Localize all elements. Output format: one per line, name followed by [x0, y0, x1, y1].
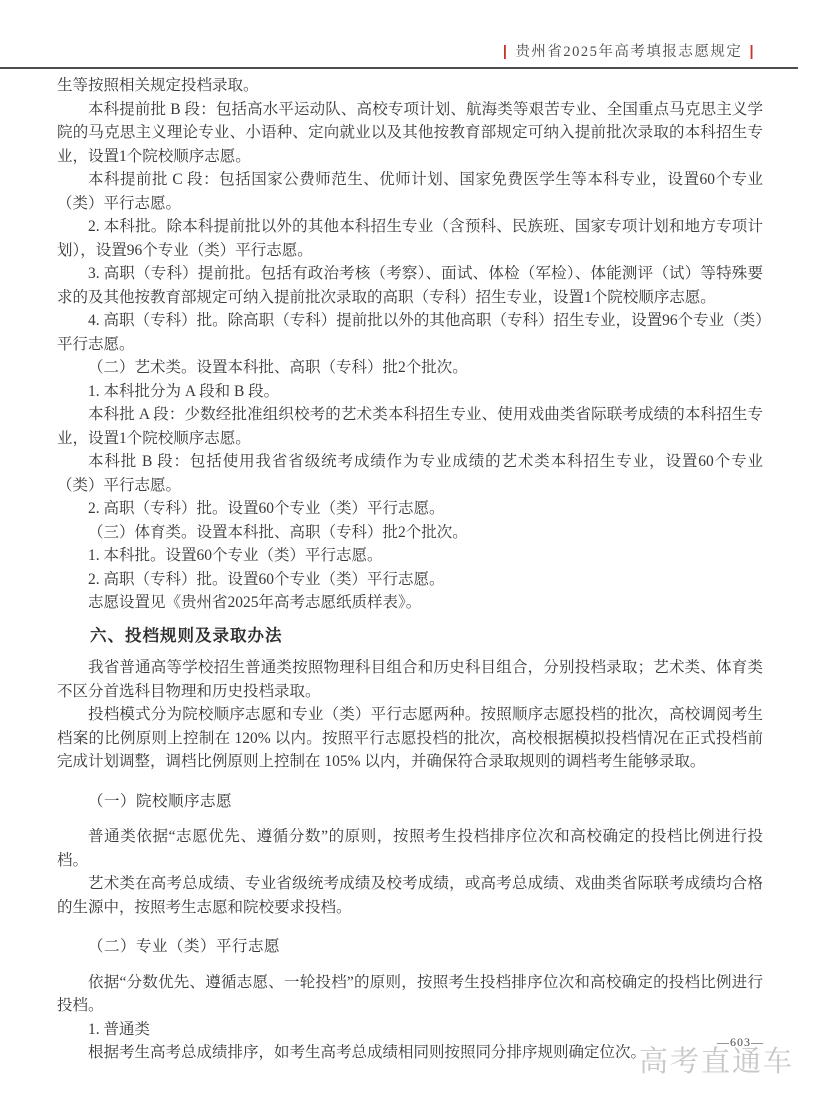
paragraph: 1. 普通类: [57, 1018, 763, 1042]
header-rule: [0, 67, 798, 69]
document-page: |贵州省2025年高考填报志愿规定| 生等按照相关规定投档录取。 本科提前批 B…: [0, 0, 816, 1100]
paragraph: 4. 高职（专科）批。除高职（专科）提前批以外的其他高职（专科）招生专业，设置9…: [57, 309, 763, 356]
paragraph: 本科提前批 C 段：包括国家公费师范生、优师计划、国家免费医学生等本科专业，设置…: [57, 168, 763, 215]
paragraph: 3. 高职（专科）提前批。包括有政治考核（考察）、面试、体检（军检）、体能测评（…: [57, 262, 763, 309]
paragraph: 艺术类在高考总成绩、专业省级统考成绩及校考成绩，或高考总成绩、戏曲类省际联考成绩…: [57, 872, 763, 919]
paragraph: 2. 本科批。除本科提前批以外的其他本科招生专业（含预科、民族班、国家专项计划和…: [57, 215, 763, 262]
paragraph: （三）体育类。设置本科批、高职（专科）批2个批次。: [57, 521, 763, 545]
paragraph: 本科批 A 段：少数经批准组织校考的艺术类本科招生专业、使用戏曲类省际联考成绩的…: [57, 403, 763, 450]
paragraph: 普通类依据“志愿优先、遵循分数”的原则，按照考生投档排序位次和高校确定的投档比例…: [57, 825, 763, 872]
sub-heading: （二）专业（类）平行志愿: [57, 935, 763, 959]
sub-heading: （一）院校顺序志愿: [57, 790, 763, 814]
paragraph: 本科提前批 B 段：包括高水平运动队、高校专项计划、航海类等艰苦专业、全国重点马…: [57, 98, 763, 169]
paragraph: 1. 本科批。设置60个专业（类）平行志愿。: [57, 544, 763, 568]
paragraph: 依据“分数优先、遵循志愿、一轮投档”的原则，按照考生投档排序位次和高校确定的投档…: [57, 971, 763, 1018]
page-number: —603—: [717, 1035, 764, 1050]
paragraph: （二）艺术类。设置本科批、高职（专科）批2个批次。: [57, 356, 763, 380]
paragraph: 我省普通高等学校招生普通类按照物理科目组合和历史科目组合，分别投档录取；艺术类、…: [57, 656, 763, 703]
paragraph: 本科批 B 段：包括使用我省省级统考成绩作为专业成绩的艺术类本科招生专业，设置6…: [57, 450, 763, 497]
section-heading: 六、投档规则及录取办法: [57, 625, 763, 649]
paragraph: 2. 高职（专科）批。设置60个专业（类）平行志愿。: [57, 568, 763, 592]
paragraph: 投档模式分为院校顺序志愿和专业（类）平行志愿两种。按照顺序志愿投档的批次，高校调…: [57, 703, 763, 774]
header-bar-right: |: [749, 44, 755, 60]
page-header: |贵州省2025年高考填报志愿规定|: [0, 40, 762, 61]
header-bar-left: |: [503, 44, 509, 60]
paragraph: 1. 本科批分为 A 段和 B 段。: [57, 380, 763, 404]
paragraph-continuation: 生等按照相关规定投档录取。: [57, 74, 763, 98]
document-body: 生等按照相关规定投档录取。 本科提前批 B 段：包括高水平运动队、高校专项计划、…: [57, 74, 763, 1065]
paragraph: 志愿设置见《贵州省2025年高考志愿纸质样表》。: [57, 591, 763, 615]
paragraph: 2. 高职（专科）批。设置60个专业（类）平行志愿。: [57, 497, 763, 521]
header-title: 贵州省2025年高考填报志愿规定: [515, 44, 742, 60]
